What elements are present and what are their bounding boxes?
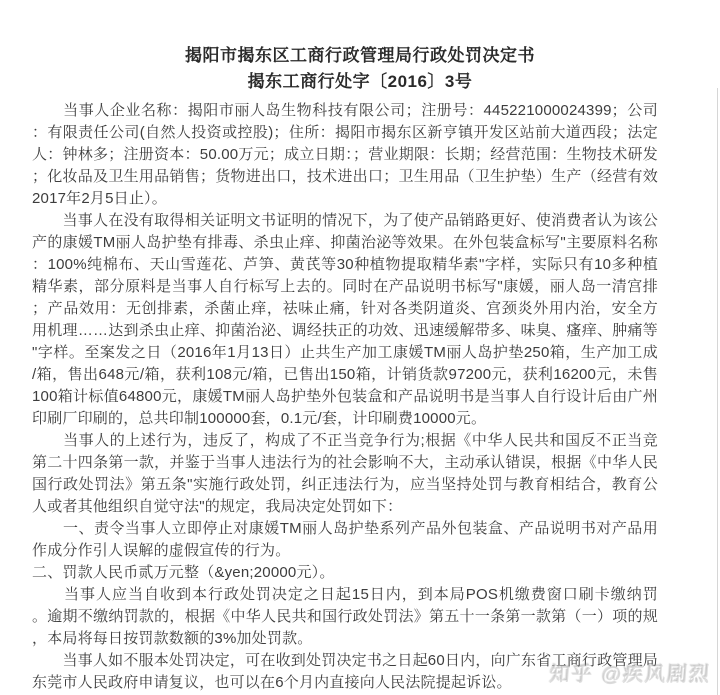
- text-line: 二、罚款人民币贰万元整（&yen;20000元）。: [32, 562, 658, 584]
- paragraph: 一、责令当事人立即停止对康媛TM丽人岛护垫系列产品外包装盒、产品说明书对产品用途…: [32, 518, 658, 562]
- text-line: 当事人企业名称：揭阳市丽人岛生物科技有限公司；注册号：4452210000243…: [32, 100, 658, 122]
- document-title: 揭阳市揭东区工商行政管理局行政处罚决定书: [0, 0, 720, 68]
- text-line: ：100%纯棉布、天山雪莲花、芦笋、黄芪等30种植物提取精华素"字样，实际只有1…: [32, 254, 658, 276]
- page-edge-line: [717, 88, 718, 695]
- text-line: 人：钟林多；注册资本：50.00万元；成立日期：；营业期限：长期；经营范围：生物…: [32, 144, 658, 166]
- text-line: "字样。至案发之日（2016年1月13日）止共生产加工康媛TM丽人岛护垫250箱…: [32, 342, 658, 364]
- paragraph: 当事人企业名称：揭阳市丽人岛生物科技有限公司；注册号：4452210000243…: [32, 100, 658, 210]
- document-body: 当事人企业名称：揭阳市丽人岛生物科技有限公司；注册号：4452210000243…: [32, 100, 658, 694]
- paragraph: 当事人的上述行为，违反了，构成了不正当竞争行为;根据《中华人民共和国反不正当竞争…: [32, 430, 658, 518]
- text-line: /箱，售出648元/箱，获利108元/箱，已售出150箱，计销货款97200元，…: [32, 364, 658, 386]
- text-line: 当事人的上述行为，违反了，构成了不正当竞争行为;根据《中华人民共和国反不正当竞争…: [32, 430, 658, 452]
- document-number: 揭东工商行处字〔2016〕3号: [0, 68, 720, 94]
- zhihu-watermark: 知乎@疾风剧烈: [549, 658, 713, 687]
- text-line: ，本局将每日按罚款数额的3%加处罚款。: [32, 628, 658, 650]
- text-line: 国行政处罚法》第五条"实施行政处罚，纠正违法行为，应当坚持处罚与教育相结合，教育…: [32, 474, 658, 496]
- text-line: 印刷厂印刷的，总共印制100000套，0.1元/套，计印刷费10000元。: [32, 408, 658, 430]
- paragraph: 当事人应当自收到本行政处罚决定之日起15日内，到本局POS机缴费窗口刷卡缴纳罚（…: [32, 584, 658, 650]
- text-line: 一、责令当事人立即停止对康媛TM丽人岛护垫系列产品外包装盒、产品说明书对产品用途…: [32, 518, 658, 540]
- paragraph: 二、罚款人民币贰万元整（&yen;20000元）。: [32, 562, 658, 584]
- text-line: 当事人应当自收到本行政处罚决定之日起15日内，到本局POS机缴费窗口刷卡缴纳罚（…: [32, 584, 658, 606]
- text-line: 第二十四条第一款，并鉴于当事人违法行为的社会影响不大，主动承认错误，根据《中华人…: [32, 452, 658, 474]
- text-line: ；化妆品及卫生用品销售；货物进出口，技术进出口；卫生用品（卫生护垫）生产（经营有…: [32, 166, 658, 188]
- text-line: 当事人在没有取得相关证明文书证明的情况下，为了使产品销路更好、使消费者认为该公司…: [32, 210, 658, 232]
- text-line: 。逾期不缴纳罚款的，根据《中华人民共和国行政处罚法》第五十一条第一款第（一）项的…: [32, 606, 658, 628]
- text-line: 人或者其他组织自觉守法"的规定，我局决定处罚如下：: [32, 496, 658, 518]
- text-line: 作成分作引人误解的虚假宣传的行为。: [32, 540, 658, 562]
- text-line: 2017年2月5日止）。: [32, 188, 658, 210]
- zhihu-watermark-handle: @疾风剧烈: [602, 664, 713, 686]
- text-line: 100箱计标值64800元，康媛TM丽人岛护垫外包装盒和产品说明书是当事人自行设…: [32, 386, 658, 408]
- paragraph: 当事人在没有取得相关证明文书证明的情况下，为了使产品销路更好、使消费者认为该公司…: [32, 210, 658, 430]
- zhihu-watermark-brand: 知乎: [550, 664, 596, 686]
- text-line: 精华素，部分原料是当事人自行标写上去的。同时在产品说明书标写"康媛，丽人岛一清宫…: [32, 276, 658, 298]
- text-line: 产的康媛TM丽人岛护垫有排毒、杀虫止痒、抑菌治泌等效果。在外包装盒标写"主要原料…: [32, 232, 658, 254]
- text-line: ：有限责任公司(自然人投资或控股)；住所：揭阳市揭东区新亨镇开发区站前大道西段；…: [32, 122, 658, 144]
- document-page: 揭阳市揭东区工商行政管理局行政处罚决定书 揭东工商行处字〔2016〕3号 当事人…: [0, 0, 720, 695]
- text-line: 用机理……达到杀虫止痒、抑菌治泌、调经扶正的功效、迅速缓解带多、味臭、瘙痒、肿痛…: [32, 320, 658, 342]
- text-line: ；产品效用：无创排素，杀菌止痒，祛味止痛，针对各类阴道炎、宫颈炎外用内治，安全方…: [32, 298, 658, 320]
